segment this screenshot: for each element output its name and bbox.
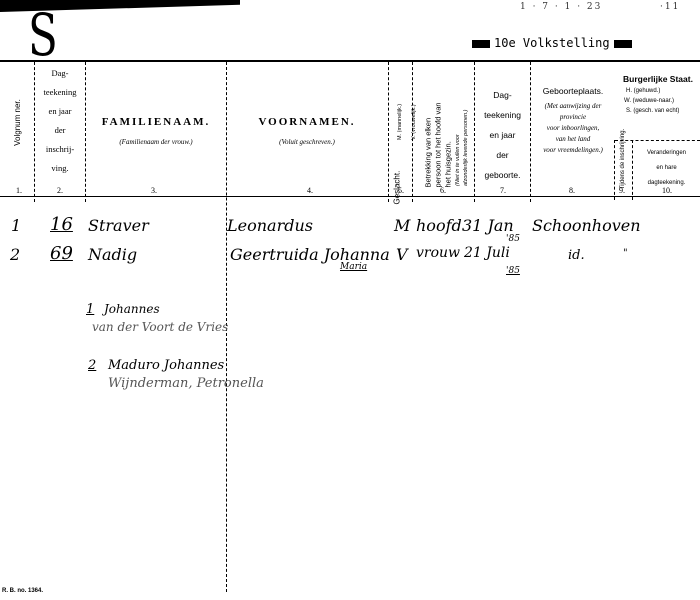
header-bottom-rule [0,196,700,197]
col8-sub: van het land [531,134,615,145]
col2-header: Dag- teekening en jaar der inschrij- vin… [35,64,85,178]
col6-header: Betrekking van elken persoon tot het hoo… [413,62,474,184]
col-number: 5. [398,186,404,195]
col8-sub: voor inboorlingen, [531,123,615,134]
row-volgnummer: 1 [11,216,21,235]
row-geslacht: V [396,245,408,264]
col8-sub: (Met aanwijzing der [531,101,615,112]
col-number: 9. [619,186,625,195]
note-line2: van der Voort de Vries [92,320,228,334]
col10-title: Burgerlijke Staat. [616,74,700,84]
row-betrekking: vrouw [416,245,460,261]
col7-line: geboorte. [475,165,530,185]
row-familienaam: Nadig [88,245,137,264]
col2-line: der [35,121,85,140]
row-geboorte-dag: 21 Juli [464,245,510,261]
col7-header: Dag- teekening en jaar der geboorte. [475,85,530,185]
census-title-text: 10e Volkstelling [494,36,610,50]
col10-sub: en hare [633,161,700,176]
col7-line: en jaar [475,125,530,145]
census-title: 10e Volkstelling [468,36,636,50]
header-top-rule [0,60,700,62]
top-right-mark: ·11 [660,2,680,12]
col5-header: M. (mannelijk.) V. (vrouwelijk.) Geslach… [389,62,412,184]
note-number: 2 [88,358,96,373]
decorative-block [472,40,490,48]
note-number: 1 [86,302,94,317]
col10-option: W. (weduwe-naar.) [616,96,700,106]
col2-line: ving. [35,159,85,178]
col4-header: VOORNAMEN. (Voluit geschreven.) [227,112,387,152]
col-number: 2. [57,186,63,195]
row-inschrijving: 69 [50,243,73,264]
form-letter: S [28,6,58,64]
col-number: 7. [500,186,506,195]
col6-line: Betrekking van elken [424,58,433,188]
row-geslacht: M [394,216,410,235]
col10-header: Burgerlijke Staat. H. (gehuwd.) W. (wedu… [616,74,700,116]
col3-header: FAMILIENAAM. (Familienaam der vrouw.) [86,112,226,152]
col-number: 6. [440,186,446,195]
row-volgnummer: 2 [10,245,20,264]
col8-title: Geboorteplaats. [531,86,615,97]
row-betrekking: hoofd [416,216,462,235]
row-geboorteplaats: id. [568,248,585,263]
col-number: 8. [569,186,575,195]
top-annotation: 1 · 7 · 1 · 23 [520,2,602,12]
decorative-block [614,40,632,48]
col-number: 10. [662,186,672,195]
col8-sub: provincie [531,112,615,123]
row-familienaam: Straver [88,216,149,235]
col3-title: FAMILIENAAM. [86,112,226,132]
col10-sub: Veranderingen [633,146,700,161]
col3-subtitle: (Familienaam der vrouw.) [86,132,226,152]
form-code: R. B. no. 1364. [2,588,43,594]
col6-note: (Niet in te vullen voor [455,56,461,186]
col7-line: Dag- [475,85,530,105]
note-line1: Maduro Johannes [108,358,224,373]
col-number: 1. [16,186,22,195]
col1-title: Volgnum ner. [13,99,22,146]
col1-header: Volgnum ner. [0,62,34,182]
row-geboorte-jaar: '85 [506,266,520,276]
col2-line: teekening [35,83,85,102]
col10-divider [615,140,700,141]
row-geboorte-dag: 31 Jan [462,216,514,235]
col2-line: Dag- [35,64,85,83]
col10-option: H. (gehuwd.) [616,86,700,96]
row-voornamen-line2: Maria [340,262,367,272]
col10-option: S. (gesch. van echt) [616,106,700,116]
col4-title: VOORNAMEN. [227,112,387,132]
col6-line: persoon tot het hoofd van [434,58,443,188]
col-number: 4. [307,186,313,195]
col7-line: teekening [475,105,530,125]
col4-subtitle: (Voluit geschreven.) [227,132,387,152]
col8-sub: voor vreemdelingen.) [531,145,615,156]
col6-line: het huisgezin. [444,58,453,188]
row-inschrijving: 16 [50,214,73,235]
row-geboorteplaats: Schoonhoven [532,216,641,235]
col2-line: en jaar [35,102,85,121]
ditto-mark: " [623,248,628,259]
col10-subheader: Veranderingen en hare dagteekening. [633,146,700,191]
col6-note: afzonderlijk levende personen.) [463,56,469,186]
row-voornamen: Leonardus [227,216,313,235]
col-number: 3. [151,186,157,195]
col8-header: Geboorteplaats. (Met aanwijzing der prov… [531,86,615,156]
row-geboorte-jaar: '85 [506,234,520,244]
note-line2: Wijnderman, Petronella [108,376,264,391]
col7-line: der [475,145,530,165]
note-line1: Johannes [104,302,160,316]
col9-title: Tijdens de inschrijving. [620,122,626,196]
col2-line: inschrij- [35,140,85,159]
